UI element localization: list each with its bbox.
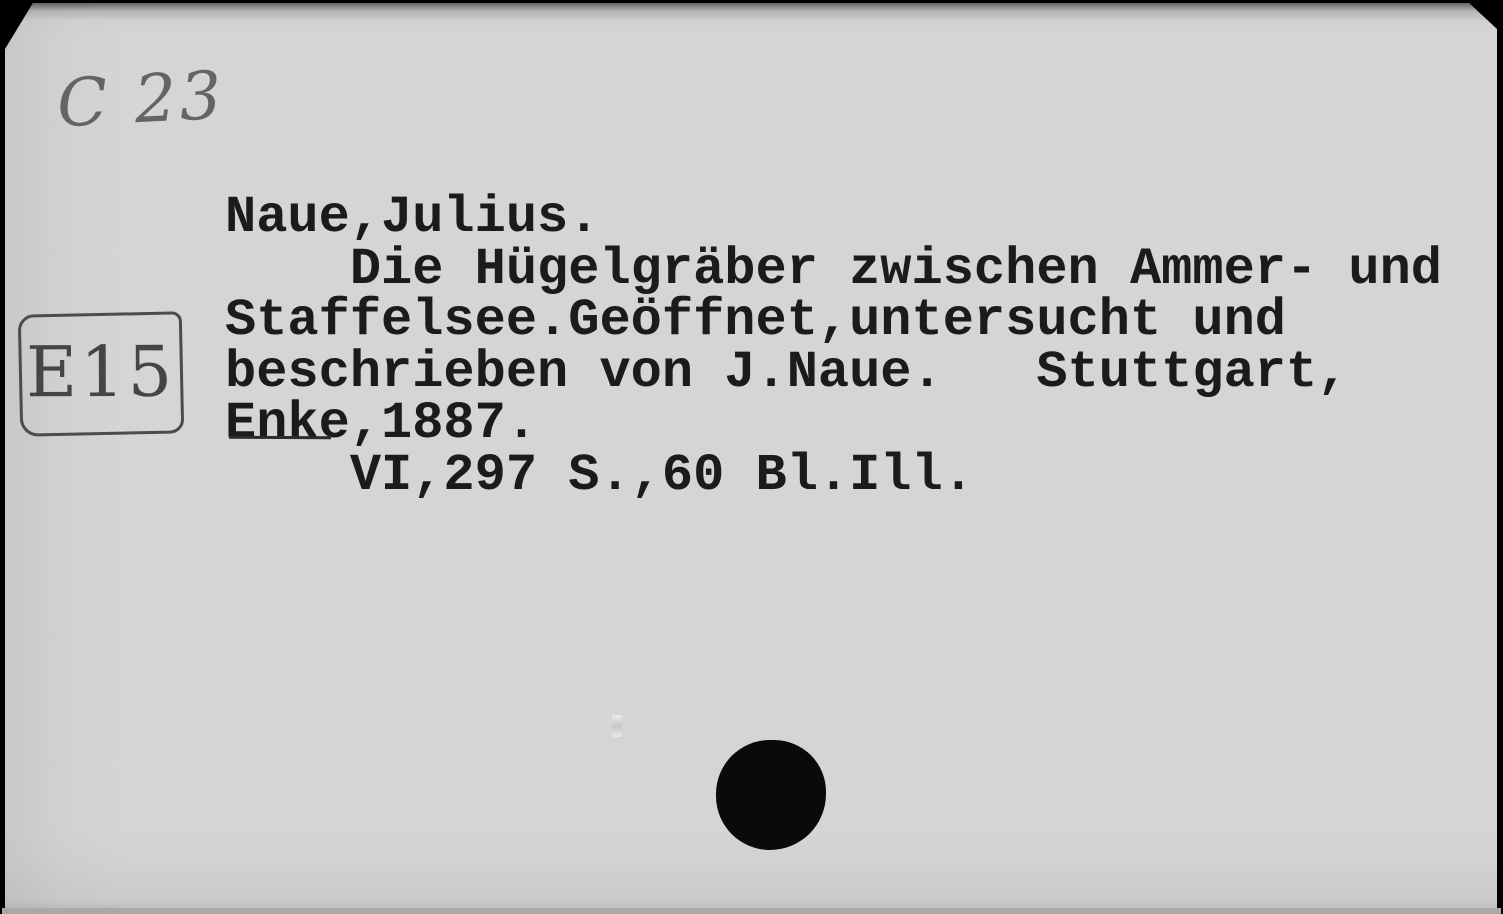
scan-speck (612, 715, 622, 737)
entry-publisher-line: Enke,1887. (225, 398, 1442, 450)
entry-title-line-1: Die Hügelgräber zwischen Ammer- und (225, 244, 1442, 296)
handwritten-shelf-mark-box: E15 (18, 311, 185, 436)
catalog-card: C 23 E15 Naue,Julius. Die Hügelgräber zw… (5, 3, 1497, 908)
publisher-underline-mark (229, 436, 331, 440)
entry-author-line: Naue,Julius. (225, 192, 1442, 244)
handwritten-class-mark: C 23 (55, 57, 226, 143)
entry-collation-line: VI,297 S.,60 Bl.Ill. (225, 450, 1442, 502)
shelf-mark-label: E15 (26, 331, 175, 414)
punch-hole-dot (716, 740, 826, 850)
scanned-catalog-card: C 23 E15 Naue,Julius. Die Hügelgräber zw… (0, 0, 1503, 914)
typewritten-entry: Naue,Julius. Die Hügelgräber zwischen Am… (225, 192, 1442, 501)
scan-bottom-edge (2, 908, 1501, 914)
entry-title-line-2: Staffelsee.Geöffnet,untersucht und (225, 295, 1442, 347)
entry-imprint-line: beschrieben von J.Naue. Stuttgart, (225, 347, 1442, 399)
